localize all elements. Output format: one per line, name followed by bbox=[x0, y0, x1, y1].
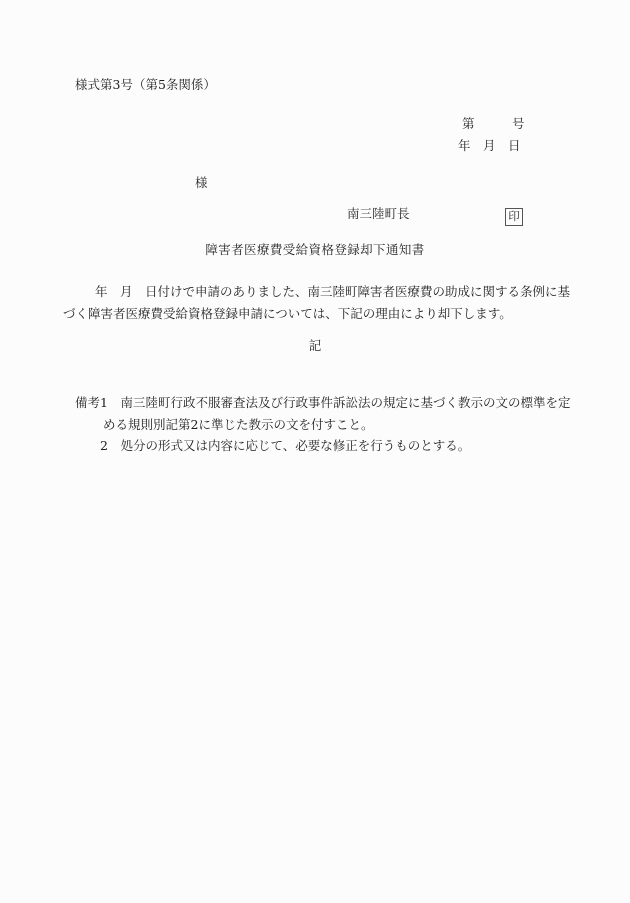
body-paragraph-line-2: づく障害者医療費受給資格登録申請については、下記の理由により却下します。 bbox=[63, 306, 512, 321]
document-page: 様式第3号（第5条関係） 第 号 年 月 日 様 南三陸町長 印 障害者医療費受… bbox=[0, 0, 630, 903]
document-title: 障害者医療費受給資格登録却下通知書 bbox=[0, 242, 630, 257]
body-paragraph-line-1: 年 月 日付けで申請のありました、南三陸町障害者医療費の助成に関する条例に基 bbox=[95, 284, 570, 299]
remarks-item-1-line-2: める規則別記第2に準じた教示の文を付すこと。 bbox=[103, 417, 373, 432]
remarks-item-1-line-1: 備考1 南三陸町行政不服審査法及び行政事件訴訟法の規定に基づく教示の文の標準を定 bbox=[75, 395, 570, 410]
document-number-blank: 第 号 bbox=[462, 116, 525, 131]
ki-marker: 記 bbox=[0, 338, 630, 353]
recipient-honorific: 様 bbox=[195, 175, 208, 190]
mayor-name: 南三陸町長 bbox=[347, 206, 410, 221]
seal-icon: 印 bbox=[505, 208, 523, 226]
seal-character: 印 bbox=[508, 210, 520, 224]
remarks-item-2: 2 処分の形式又は内容に応じて、必要な修正を行うものとする。 bbox=[100, 438, 470, 453]
form-number: 様式第3号（第5条関係） bbox=[75, 77, 216, 92]
document-date-blank: 年 月 日 bbox=[458, 138, 521, 153]
